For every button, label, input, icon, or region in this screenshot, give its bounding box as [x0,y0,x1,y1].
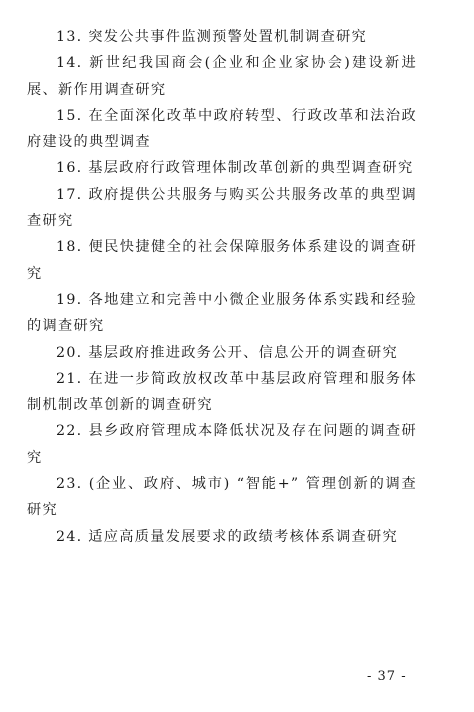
list-item-13: 13. 突发公共事件监测预警处置机制调查研究 [27,24,417,50]
list-item-23: 23. (企业、政府、城市) “智能+” 管理创新的调查研究 [27,471,417,524]
list-item-19: 19. 各地建立和完善中小微企业服务体系实践和经验的调查研究 [27,287,417,340]
list-item-16: 16. 基层政府行政管理体制改革创新的典型调查研究 [27,155,417,181]
list-item-17: 17. 政府提供公共服务与购买公共服务改革的典型调查研究 [27,182,417,235]
list-item-18: 18. 便民快捷健全的社会保障服务体系建设的调查研究 [27,234,417,287]
list-item-14: 14. 新世纪我国商会(企业和企业家协会)建设新进展、新作用调查研究 [27,50,417,103]
list-item-21: 21. 在进一步简政放权改革中基层政府管理和服务体制机制改革创新的调查研究 [27,366,417,419]
page-number: - 37 - [367,669,407,684]
document-page: 13. 突发公共事件监测预警处置机制调查研究 14. 新世纪我国商会(企业和企业… [0,0,474,712]
list-item-15: 15. 在全面深化改革中政府转型、行政改革和法治政府建设的典型调查 [27,103,417,156]
list-item-22: 22. 县乡政府管理成本降低状况及存在问题的调查研究 [27,418,417,471]
research-topic-list: 13. 突发公共事件监测预警处置机制调查研究 14. 新世纪我国商会(企业和企业… [27,24,417,550]
list-item-20: 20. 基层政府推进政务公开、信息公开的调查研究 [27,340,417,366]
list-item-24: 24. 适应高质量发展要求的政绩考核体系调查研究 [27,524,417,550]
